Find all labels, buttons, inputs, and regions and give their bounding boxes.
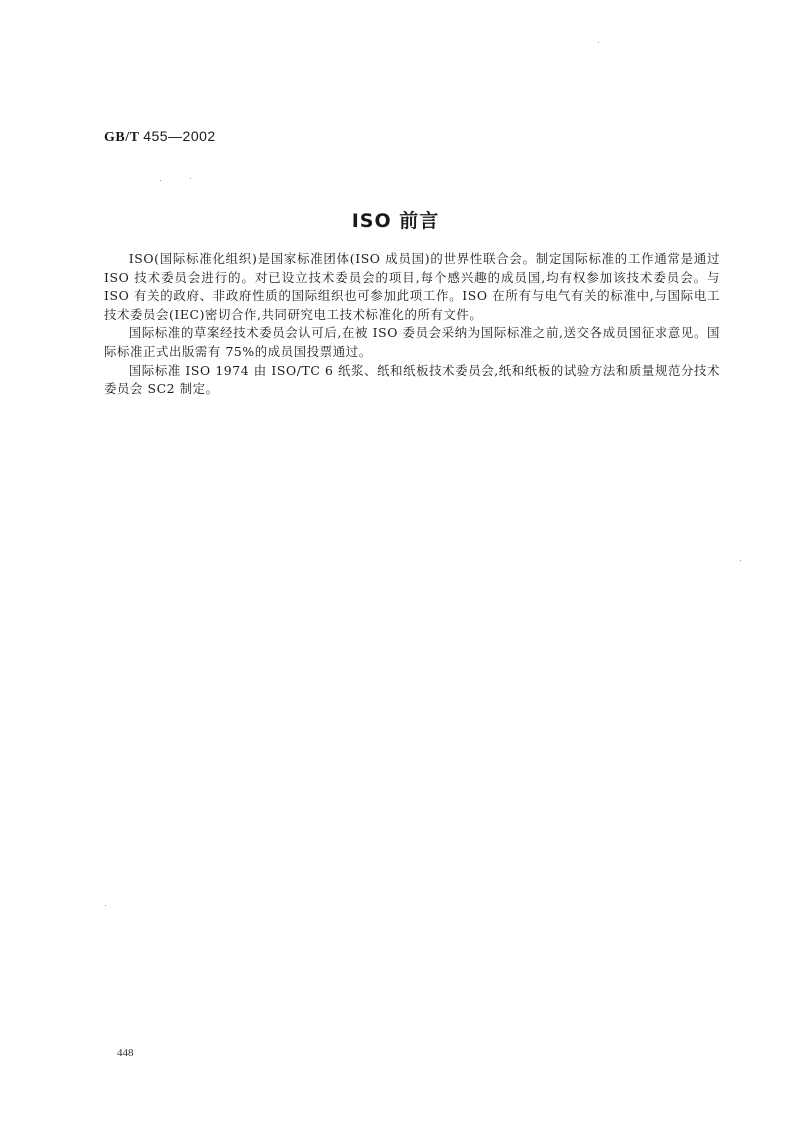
scan-speck [740,560,741,561]
standard-prefix: GB/T [104,130,139,145]
scan-speck [190,178,191,179]
paragraph-iso-intro: ISO(国际标准化组织)是国家标准团体(ISO 成员国)的世界性联合会。制定国际… [104,250,720,324]
scan-speck [598,42,599,43]
paragraph-iso-1974: 国际标准 ISO 1974 由 ISO/TC 6 纸浆、纸和纸板技术委员会,纸和… [104,362,720,399]
page-number: 448 [117,1047,134,1059]
standard-number: 455—2002 [143,128,216,144]
scan-speck [105,905,106,906]
foreword-body: ISO(国际标准化组织)是国家标准团体(ISO 成员国)的世界性联合会。制定国际… [104,250,720,399]
section-title: ISO 前言 [0,206,791,233]
standard-code-header: GB/T 455—2002 [104,128,216,146]
scan-speck [160,180,161,181]
paragraph-draft-approval: 国际标准的草案经技术委员会认可后,在被 ISO 委员会采纳为国际标准之前,送交各… [104,324,720,361]
